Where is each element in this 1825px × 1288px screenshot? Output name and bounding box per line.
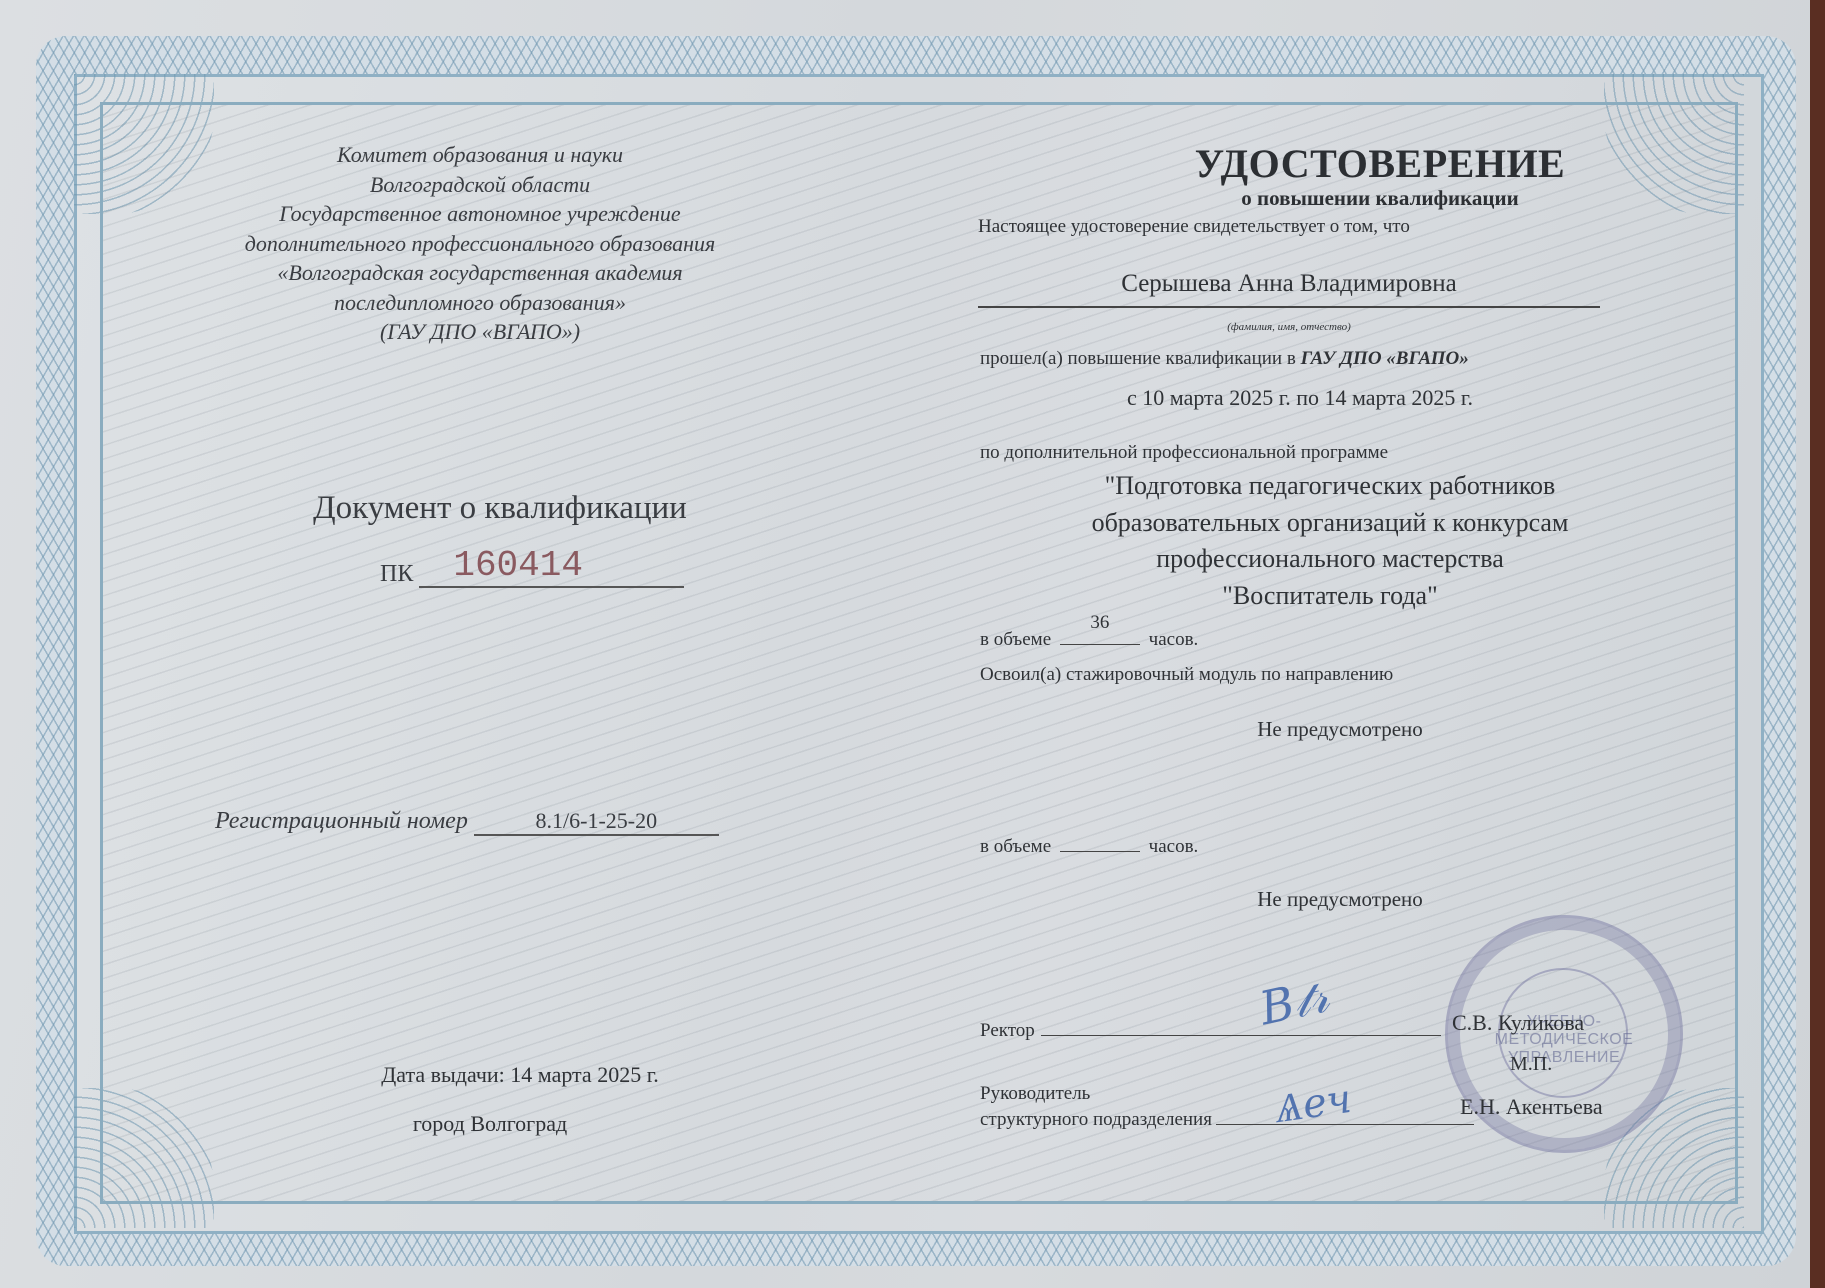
serial-number-row: ПК160414 bbox=[380, 546, 684, 588]
seal-place-label: М.П. bbox=[1510, 1053, 1552, 1076]
issue-date: Дата выдачи: 14 марта 2025 г. bbox=[200, 1062, 840, 1088]
volume-hours-field: 36 bbox=[1060, 626, 1140, 645]
internship-volume-suffix: часов. bbox=[1149, 836, 1199, 857]
internship-intro: Освоил(а) стажировочный модуль по направ… bbox=[980, 664, 1393, 686]
training-dates: с 10 марта 2025 г. по 14 марта 2025 г. bbox=[980, 385, 1620, 411]
program-volume: в объеме 36 часов. bbox=[980, 626, 1198, 651]
program-title: "Подготовка педагогических работников об… bbox=[1010, 468, 1650, 614]
registration-label: Регистрационный номер bbox=[215, 808, 468, 834]
program-line: профессионального мастерства bbox=[1010, 541, 1650, 578]
head-label-line1: Руководитель bbox=[980, 1083, 1090, 1105]
passed-prefix: прошел(а) повышение квалификации в bbox=[980, 348, 1301, 369]
issuer-line: «Волгоградская государственная академия bbox=[180, 258, 780, 288]
issuer-line: (ГАУ ДПО «ВГАПО») bbox=[180, 317, 780, 347]
seal-line: УПРАВЛЕНИЕ bbox=[1448, 1049, 1680, 1067]
registration-row: Регистрационный номер8.1/6-1-25-20 bbox=[215, 808, 719, 836]
internship-hours-field bbox=[1060, 833, 1140, 852]
volume-suffix: часов. bbox=[1149, 629, 1199, 650]
series-label: ПК bbox=[380, 561, 413, 588]
serial-number: 160414 bbox=[419, 546, 684, 588]
issue-city: город Волгоград bbox=[200, 1111, 780, 1137]
certificate-paper: Комитет образования и науки Волгоградско… bbox=[0, 0, 1810, 1288]
issuer-line: Комитет образования и науки bbox=[180, 140, 780, 170]
certificate-title: УДОСТОВЕРЕНИЕ bbox=[1000, 140, 1760, 187]
head-label-line2: структурного подразделения bbox=[980, 1109, 1212, 1130]
certificate-intro: Настоящее удостоверение свидетельствует … bbox=[978, 216, 1410, 238]
holder-full-name: Серышева Анна Владимировна bbox=[978, 270, 1600, 308]
issuer-line: дополнительного профессионального образо… bbox=[180, 229, 780, 259]
internship-volume: в объеме часов. bbox=[980, 833, 1198, 858]
registration-number: 8.1/6-1-25-20 bbox=[474, 808, 719, 836]
program-line: "Подготовка педагогических работников bbox=[1010, 468, 1650, 505]
certificate-subtitle: о повышении квалификации bbox=[1000, 186, 1760, 211]
issuer-line: Государственное автономное учреждение bbox=[180, 199, 780, 229]
training-organization: ГАУ ДПО «ВГАПО» bbox=[1301, 348, 1469, 369]
rector-signature-row: Ректор bbox=[980, 1020, 1441, 1042]
program-line: "Воспитатель года" bbox=[1010, 578, 1650, 615]
internship-volume-prefix: в объеме bbox=[980, 836, 1051, 857]
rector-label: Ректор bbox=[980, 1020, 1035, 1041]
passed-training-line: прошел(а) повышение квалификации в ГАУ Д… bbox=[980, 348, 1469, 370]
program-intro: по дополнительной профессиональной прогр… bbox=[980, 442, 1388, 464]
issuer-line: Волгоградской области bbox=[180, 170, 780, 200]
head-signature-row: структурного подразделения bbox=[980, 1109, 1474, 1131]
rector-name: С.В. Куликова bbox=[1452, 1010, 1584, 1036]
issuer-line: последипломного образования» bbox=[180, 288, 780, 318]
issuer-block: Комитет образования и науки Волгоградско… bbox=[180, 140, 780, 347]
rector-signature-line bbox=[1041, 1021, 1441, 1036]
program-line: образовательных организаций к конкурсам bbox=[1010, 505, 1650, 542]
volume-prefix: в объеме bbox=[980, 629, 1051, 650]
document-title: Документ о квалификации bbox=[200, 490, 800, 527]
internship-direction: Не предусмотрено bbox=[1020, 717, 1660, 742]
head-name: Е.Н. Акентьева bbox=[1460, 1094, 1603, 1120]
full-name-caption: (фамилия, имя, отчество) bbox=[978, 321, 1600, 333]
internship-result: Не предусмотрено bbox=[1020, 887, 1660, 912]
volume-hours: 36 bbox=[1060, 612, 1140, 634]
